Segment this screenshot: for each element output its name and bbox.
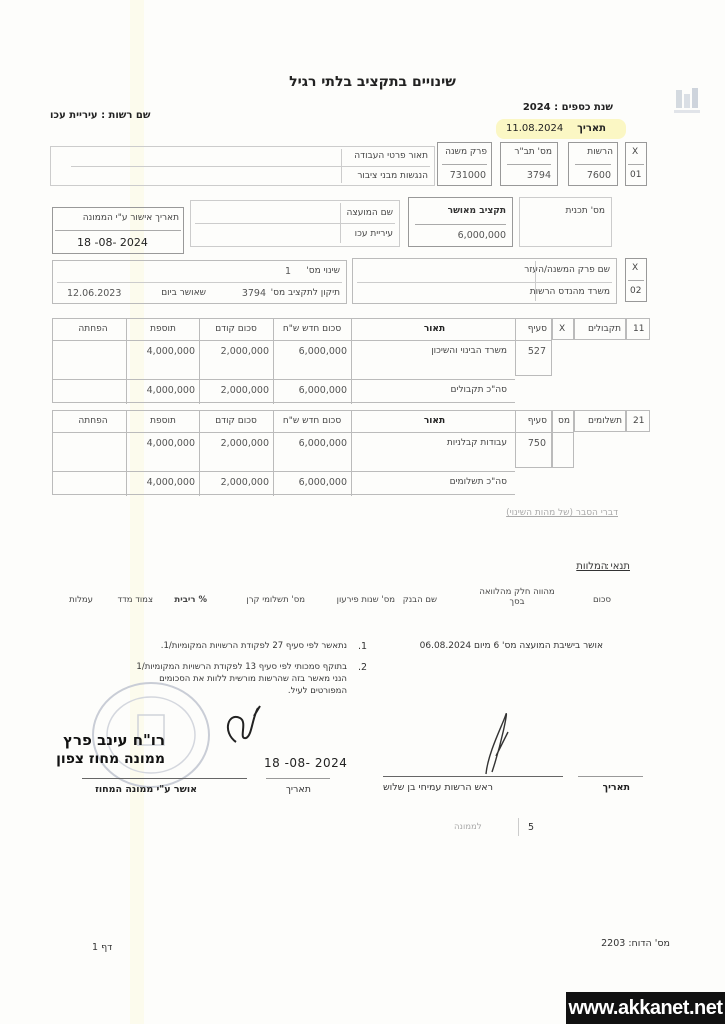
- trustee-divider: [518, 818, 519, 836]
- total-label: סה"כ תשלומים: [450, 477, 507, 487]
- receipts-grid: הפחתה תוספת סכום קודם סכום חדש ש"ח תאור …: [52, 318, 515, 403]
- authority-value: 7600: [587, 170, 611, 181]
- authority-code-box: הרשות 7600: [568, 142, 618, 186]
- loan-col-interest: % ריבית: [174, 595, 207, 605]
- trustee-approval-date: 18 -08- 2024: [77, 236, 148, 249]
- loan-col-years: מס' שנות פירעון: [337, 595, 395, 605]
- addition-value: 4,000,000: [147, 346, 195, 357]
- payments-table: 21 תשלומים מס סעיף 750 הפחתה תוספת סכום …: [52, 410, 652, 495]
- new-amount-header: סכום חדש ש"ח: [275, 324, 349, 334]
- total-new-amount: 6,000,000: [299, 477, 347, 488]
- change-no-value: 1: [285, 266, 291, 277]
- explanation-link[interactable]: דברי הסבר (של מהות השינוי): [506, 508, 618, 518]
- prev-amount-value: 2,000,000: [221, 346, 269, 357]
- total-addition: 4,000,000: [147, 477, 195, 488]
- payments-section-col: סעיף 750: [515, 410, 552, 468]
- approved-budget-value: 6,000,000: [458, 230, 506, 241]
- receipts-label-box: תקבולים: [574, 318, 626, 340]
- payments-mas-label: מס: [558, 416, 570, 426]
- payments-code: 21: [626, 410, 650, 432]
- receipts-section-col: סעיף 527: [515, 318, 552, 376]
- trustee-number: 5: [528, 822, 534, 833]
- loan-col-part-of-loan: מהווה חלק מהלוואה בסך: [477, 587, 557, 607]
- chapter-box: פרק משנה 731000: [437, 142, 492, 186]
- receipts-x-box: X: [552, 318, 574, 340]
- change-details-box: שינוי מס' 1 תיקון לתקציב מס' 3794 שאושר …: [52, 260, 347, 304]
- authority-name: שם רשות : עיריית עכו: [50, 110, 150, 121]
- sub-chapter-box: שם פרק המשנה/העזר משרד מהנדס הרשות: [352, 258, 617, 304]
- date-highlight: תאריך 11.08.2024: [496, 119, 626, 139]
- payments-code-value: 21: [633, 416, 644, 426]
- payments-mas-col: מס: [552, 410, 574, 468]
- addition-header: תוספת: [128, 324, 198, 334]
- new-amount-value: 6,000,000: [299, 346, 347, 357]
- district-signature-icon: [218, 702, 268, 752]
- reduction-header: הפחתה: [63, 416, 123, 426]
- trustee-approval-label: תאריך אישור ע"י הממונה: [83, 213, 179, 223]
- total-prev-amount: 2,000,000: [221, 477, 269, 488]
- section-01-marker: X 01: [625, 142, 647, 186]
- description-header: תאור: [353, 416, 516, 426]
- plan-no-label: מס' תכנית: [566, 206, 606, 216]
- logo-icon: [672, 86, 702, 116]
- site-watermark[interactable]: www.akkanet.net: [566, 992, 725, 1024]
- section-header: סעיף: [528, 416, 547, 426]
- receipts-label: תקבולים: [588, 324, 621, 334]
- tabar-value: 3794: [527, 170, 551, 181]
- tabar-label: מס' תב"ר: [514, 147, 552, 157]
- amendment-value: 3794: [242, 288, 266, 299]
- stamp-name: רו"ח עינב פרץ: [40, 731, 165, 750]
- payments-label: תשלומים: [588, 416, 622, 426]
- loan-col-indexed: צמוד מדד: [117, 595, 153, 605]
- receipts-code-value: 11: [633, 324, 644, 334]
- receipts-table: 11 תקבולים X סעיף 527 הפחתה תוספת סכום ק…: [52, 318, 652, 403]
- total-label: סה"כ תקבולים: [450, 385, 507, 395]
- loan-col-amount: סכום: [593, 595, 611, 605]
- fiscal-year: שנת כספים : 2024: [523, 102, 613, 113]
- stamped-date: 18 -08- 2024: [264, 756, 347, 770]
- approved-budget-box: תקציב מאושר 6,000,000: [408, 197, 513, 247]
- stamp-name-block: רו"ח עינב פרץ ממונה מחוז צפון: [40, 731, 165, 769]
- date-label-right: תאריך: [603, 782, 630, 793]
- description-value: משרד הבינוי והשיכון: [431, 346, 507, 356]
- section-code: 01: [630, 170, 641, 180]
- approved-by-district-label: אושר ע"י ממונה המחוז: [95, 784, 197, 795]
- section-02-marker: X 02: [625, 258, 647, 302]
- note-1-number: .1: [358, 641, 367, 652]
- date-line-right: [578, 776, 643, 777]
- report-number: מס' הדוח: 2203: [601, 938, 670, 949]
- section-value: 750: [528, 438, 546, 449]
- new-amount-header: סכום חדש ש"ח: [275, 416, 349, 426]
- total-new-amount: 6,000,000: [299, 385, 347, 396]
- chapter-label: פרק משנה: [445, 147, 487, 157]
- head-signature-line: [383, 776, 563, 777]
- loan-col-fees: עמלות: [69, 595, 93, 605]
- prev-amount-header: סכום קודם: [201, 324, 271, 334]
- note-2-number: .2: [358, 662, 367, 673]
- trustee-approval-box: תאריך אישור ע"י הממונה 18 -08- 2024: [52, 207, 184, 254]
- payments-label-box: תשלומים: [574, 410, 626, 432]
- tabar-box: מס' תב"ר 3794: [500, 142, 558, 186]
- district-signature-line: [82, 778, 247, 779]
- change-no-label: שינוי מס': [306, 266, 340, 276]
- x-mark: X: [632, 147, 638, 157]
- date-label: תאריך: [577, 123, 606, 134]
- page-number: דף 1: [92, 942, 112, 953]
- plan-number-box: מס' תכנית: [519, 197, 612, 247]
- head-signature-icon: [478, 712, 518, 778]
- stamp-title: ממונה מחוז צפון: [40, 750, 165, 769]
- date-label-left: תאריך: [286, 784, 311, 795]
- note-1-text: נתאשר לפי סעיף 27 לפקודת הרשויות המקומיו…: [161, 641, 347, 651]
- head-of-authority-label: ראש הרשות עמיחי בן שלוש: [383, 782, 493, 793]
- work-desc-value: הנגשות מבני ציבור: [357, 171, 428, 181]
- x-mark: X: [632, 263, 638, 273]
- total-addition: 4,000,000: [147, 385, 195, 396]
- page-title: שינויים בתקציב בלתי רגיל: [0, 74, 725, 90]
- prev-amount-value: 2,000,000: [221, 438, 269, 449]
- section-header: סעיף: [528, 324, 547, 334]
- note-2-line1: בתוקף סמכותי לפי סעיף 13 לפקודת הרשויות …: [136, 662, 347, 672]
- loan-col-principal-payments: מס' תשלומי קרן: [246, 595, 305, 605]
- loan-col-bank: שם הבנק: [403, 595, 437, 605]
- work-description-box: תאור פרטי העבודה הנגשות מבני ציבור: [50, 146, 435, 186]
- approved-on-value: 12.06.2023: [67, 288, 121, 299]
- chapter-value: 731000: [450, 170, 486, 181]
- council-name-value: עיריית עכו: [355, 229, 393, 239]
- section-code: 02: [630, 286, 641, 296]
- prev-amount-header: סכום קודם: [201, 416, 271, 426]
- council-meeting-approval: אושר בישיבת המועצה מס' 6 מיום 06.08.2024: [420, 641, 603, 651]
- council-name-box: שם המועצה עיריית עכו: [190, 200, 400, 247]
- receipts-code: 11: [626, 318, 650, 340]
- description-value: עבודות קבלניות: [447, 438, 507, 448]
- loan-terms-colon: :: [606, 561, 609, 572]
- addition-value: 4,000,000: [147, 438, 195, 449]
- addition-header: תוספת: [128, 416, 198, 426]
- sub-chapter-value: משרד מהנדס הרשות: [530, 287, 610, 297]
- new-amount-value: 6,000,000: [299, 438, 347, 449]
- work-desc-label: תאור פרטי העבודה: [354, 151, 428, 161]
- amendment-label: תיקון לתקציב מס': [271, 288, 340, 298]
- date-value: 11.08.2024: [506, 123, 563, 134]
- approved-on-label: שאושר ביום: [161, 288, 206, 298]
- trustee-label: לממונה: [454, 822, 482, 832]
- reduction-header: הפחתה: [63, 324, 123, 334]
- total-prev-amount: 2,000,000: [221, 385, 269, 396]
- authority-label: הרשות: [587, 147, 613, 157]
- sub-chapter-label: שם פרק המשנה/העזר: [524, 265, 610, 275]
- council-name-label: שם המועצה: [346, 208, 393, 218]
- payments-grid: הפחתה תוספת סכום קודם סכום חדש ש"ח תאור …: [52, 410, 515, 495]
- description-header: תאור: [353, 324, 516, 334]
- approved-budget-label: תקציב מאושר: [448, 206, 506, 216]
- date-line-left: [266, 778, 330, 779]
- section-value: 527: [528, 346, 546, 357]
- loan-terms-heading: תנאי המלוות: [576, 561, 630, 572]
- note-2-line3: המפורטים לעיל.: [288, 686, 347, 696]
- receipts-x: X: [559, 324, 565, 334]
